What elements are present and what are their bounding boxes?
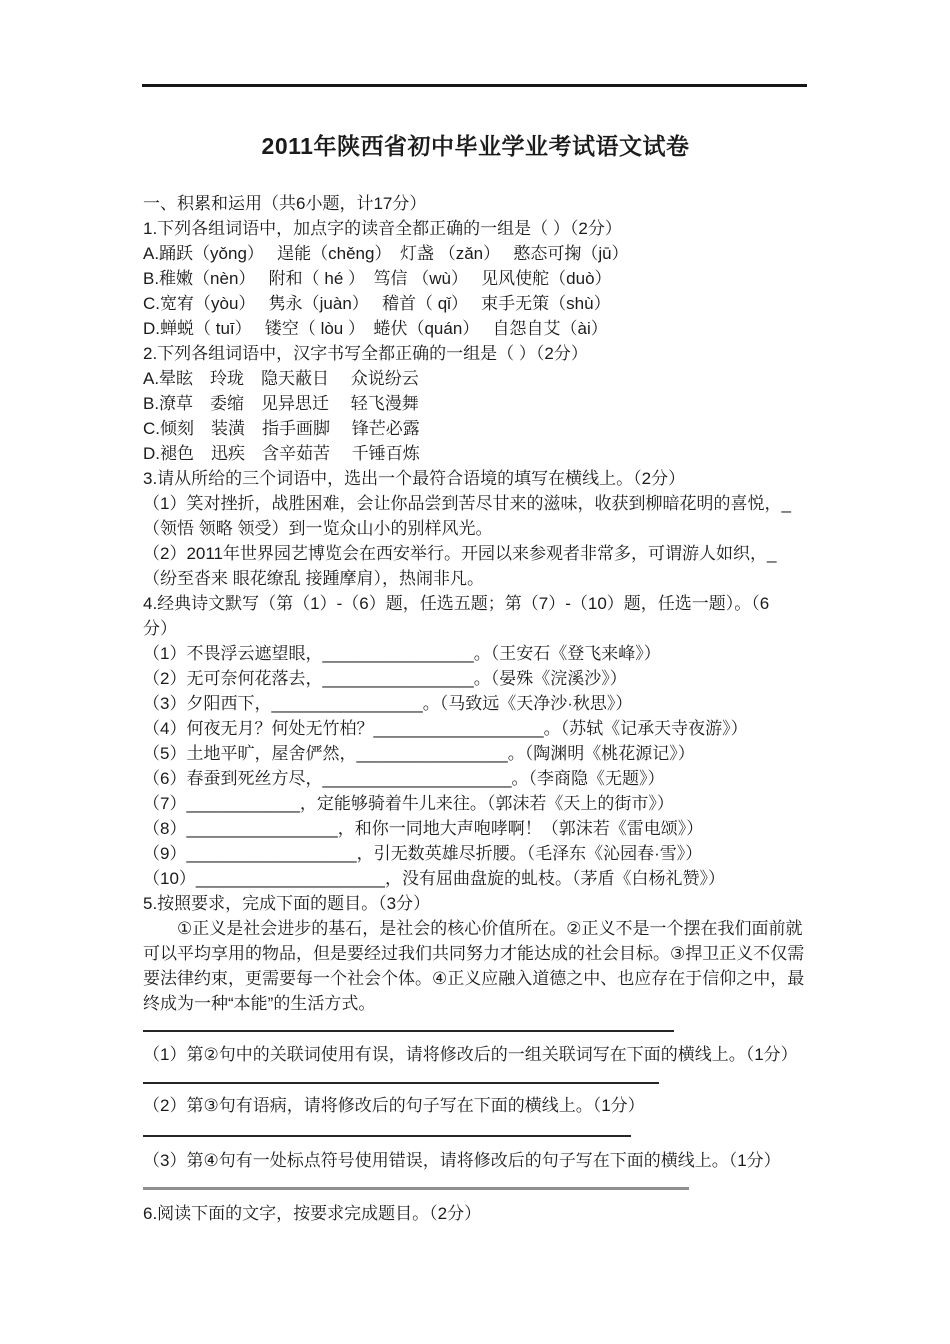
page-title: 2011年陕西省初中毕业学业考试语文试卷 — [143, 128, 808, 161]
q5-sub-2: （2）第③句有语病，请将修改后的句子写在下面的横线上。（1分） — [143, 1093, 843, 1118]
exam-body: 一、积累和运用（共6小题，计17分） 1.下列各组词语中，加点字的读音全都正确的… — [143, 191, 843, 1226]
q4-item: （6）春蚕到死丝方尽，____________________。（李商隐《无题》… — [143, 766, 843, 791]
q5-paragraph-line: 要法律约束，更需要每一个社会个体。④正义应融入道德之中、也应存在于信仰之中，最 — [143, 966, 843, 991]
q3-line: （领悟 领略 领受）到一览众山小的别样风光。 — [143, 516, 843, 541]
q4-item: （7）____________，定能够骑着牛儿来往。（郭沫若《天上的街市》） — [143, 791, 843, 816]
q4-stem-line: 分） — [143, 616, 843, 641]
q4-item: （8）________________，和你一同地大声咆哮啊！（郭沫若《雷电颂》… — [143, 816, 843, 841]
q4-item: （3）夕阳西下，________________。（马致远《天净沙·秋思》） — [143, 691, 843, 716]
answer-blank-line — [143, 1187, 689, 1190]
q1-option-d: D.蝉蜕（ tuī） 镂空（ lòu ） 蜷伏（quán） 自怨自艾（ài） — [143, 316, 843, 341]
q3-line: （纷至沓来 眼花缭乱 接踵摩肩），热闹非凡。 — [143, 566, 843, 591]
answer-blank-line — [143, 1135, 631, 1137]
q4-item: （4）何夜无月？何处无竹柏？__________________。（苏轼《记承天… — [143, 716, 843, 741]
q2-option-c: C.倾刻 装潢 指手画脚 锋芒必露 — [143, 416, 843, 441]
q2-option-d: D.褪色 迅疾 含辛茹苦 千锤百炼 — [143, 441, 843, 466]
q3-stem: 3.请从所给的三个词语中，选出一个最符合语境的填写在横线上。（2分） — [143, 466, 843, 491]
q4-item: （2）无可奈何花落去，________________。（晏殊《浣溪沙》） — [143, 666, 843, 691]
q5-stem: 5.按照要求，完成下面的题目。（3分） — [143, 891, 843, 916]
q2-stem: 2.下列各组词语中，汉字书写全都正确的一组是（ ）（2分） — [143, 341, 843, 366]
q1-option-a: A.踊跃（yǒng） 逞能（chěng） 灯盏 （zǎn） 憨态可掬（jū） — [143, 241, 843, 266]
q5-paragraph-line: 终成为一种“本能”的生活方式。 — [143, 991, 843, 1016]
q2-option-a: A.晕眩 玲珑 隐天蔽日 众说纷云 — [143, 366, 843, 391]
header-rule — [142, 84, 807, 87]
q6-stem: 6.阅读下面的文字，按要求完成题目。（2分） — [143, 1201, 843, 1226]
q3-line: （2）2011年世界园艺博览会在西安举行。开园以来参观者非常多，可谓游人如织，_ — [143, 541, 843, 566]
answer-blank-line — [143, 1030, 674, 1032]
q1-stem: 1.下列各组词语中，加点字的读音全都正确的一组是（ ）（2分） — [143, 216, 843, 241]
q3-line: （1）笑对挫折，战胜困难，会让你品尝到苦尽甘来的滋味，收获到柳暗花明的喜悦，_ — [143, 491, 843, 516]
q4-item: （9）__________________，引无数英雄尽折腰。（毛泽东《沁园春·… — [143, 841, 843, 866]
q4-item: （5）土地平旷，屋舍俨然，________________。（陶渊明《桃花源记》… — [143, 741, 843, 766]
answer-blank-line — [143, 1082, 659, 1084]
q1-option-c: C.宽宥（yòu） 隽永（juàn） 稽首（ qǐ） 束手无策（shù） — [143, 291, 843, 316]
q4-stem-line: 4.经典诗文默写（第（1）-（6）题，任选五题；第（7）-（10）题，任选一题）… — [143, 591, 843, 616]
q4-item: （1）不畏浮云遮望眼，________________。（王安石《登飞来峰》） — [143, 641, 843, 666]
q5-paragraph-line: ①正义是社会进步的基石，是社会的核心价值所在。②正义不是一个摆在我们面前就 — [143, 916, 843, 941]
q4-item: （10）____________________，没有屈曲盘旋的虬枝。（茅盾《白… — [143, 866, 843, 891]
q2-option-b: B.潦草 委缩 见异思迁 轻飞漫舞 — [143, 391, 843, 416]
section-heading: 一、积累和运用（共6小题，计17分） — [143, 191, 843, 216]
q1-option-b: B.稚嫩（nèn） 附和（ hé ） 笃信 （wù） 见风使舵（duò） — [143, 266, 843, 291]
exam-page: 2011年陕西省初中毕业学业考试语文试卷 一、积累和运用（共6小题，计17分） … — [0, 0, 950, 1344]
q5-paragraph-line: 可以平均享用的物品，但是要经过我们共同努力才能达成的社会目标。③捍卫正义不仅需 — [143, 941, 843, 966]
q5-sub-1: （1）第②句中的关联词使用有误，请将修改后的一组关联词写在下面的横线上。（1分） — [143, 1042, 843, 1067]
q5-sub-3: （3）第④句有一处标点符号使用错误，请将修改后的句子写在下面的横线上。（1分） — [143, 1148, 843, 1173]
